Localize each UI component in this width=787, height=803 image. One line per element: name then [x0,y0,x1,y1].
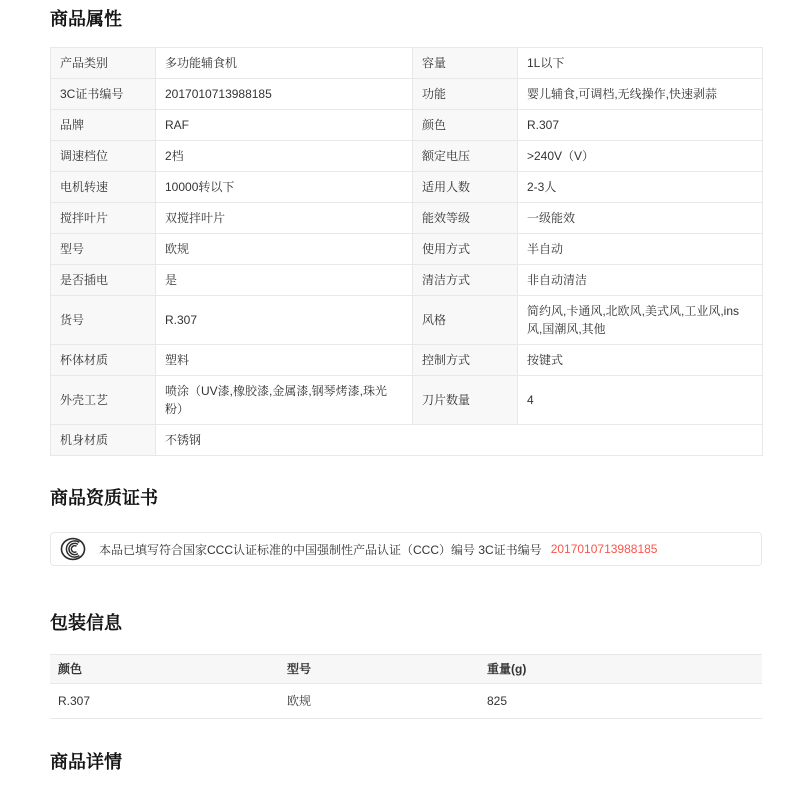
product-detail-page: 商品属性 产品类别多功能辅食机容量1L以下3C证书编号2017010713988… [0,0,762,773]
details-section-title: 商品详情 [50,751,762,773]
packaging-table: 颜色型号重量(g) R.307欧规825 [50,654,762,719]
attribute-value: 塑料 [156,345,413,376]
attribute-label: 搅拌叶片 [51,203,156,234]
certificate-box: 本品已填写符合国家CCC认证标准的中国强制性产品认证（CCC）编号 3C证书编号… [50,532,762,566]
attribute-label: 型号 [51,234,156,265]
attribute-row: 搅拌叶片双搅拌叶片能效等级一级能效 [51,203,763,234]
packaging-section-title: 包装信息 [50,612,762,634]
attribute-label: 容量 [413,48,518,79]
packaging-data-row: R.307欧规825 [50,684,762,719]
attribute-row: 是否插电是清洁方式非自动清洁 [51,265,763,296]
certificate-number-link[interactable]: 2017010713988185 [551,542,658,556]
attribute-row: 外壳工艺喷涂（UV漆,橡胶漆,金属漆,钢琴烤漆,珠光粉）刀片数量4 [51,376,763,425]
attribute-value: RAF [156,110,413,141]
attribute-row: 货号R.307风格简约风,卡通风,北欧风,美式风,工业风,ins风,国潮风,其他 [51,296,763,345]
packaging-header-row: 颜色型号重量(g) [50,655,762,684]
attribute-label: 电机转速 [51,172,156,203]
packaging-cell: R.307 [50,684,279,719]
packaging-column-header: 重量(g) [479,655,762,684]
attribute-value: 2017010713988185 [156,79,413,110]
attribute-label: 品牌 [51,110,156,141]
attribute-value: 2档 [156,141,413,172]
attribute-label: 额定电压 [413,141,518,172]
attribute-label: 适用人数 [413,172,518,203]
attribute-value: 简约风,卡通风,北欧风,美式风,工业风,ins风,国潮风,其他 [518,296,763,345]
attribute-label: 外壳工艺 [51,376,156,425]
attribute-value: 一级能效 [518,203,763,234]
attribute-value: 婴儿辅食,可调档,无线操作,快速剥蒜 [518,79,763,110]
attribute-label: 货号 [51,296,156,345]
attribute-row: 杯体材质塑料控制方式按键式 [51,345,763,376]
attribute-row: 电机转速10000转以下适用人数2-3人 [51,172,763,203]
packaging-cell: 825 [479,684,762,719]
attribute-value: 半自动 [518,234,763,265]
attribute-value: 多功能辅食机 [156,48,413,79]
attribute-label: 控制方式 [413,345,518,376]
certificate-statement-text: 本品已填写符合国家CCC认证标准的中国强制性产品认证（CCC）编号 3C证书编号 [99,541,542,558]
attribute-row: 型号欧规使用方式半自动 [51,234,763,265]
attribute-value: 10000转以下 [156,172,413,203]
attribute-label: 调速档位 [51,141,156,172]
attribute-value: 非自动清洁 [518,265,763,296]
attribute-label: 风格 [413,296,518,345]
attribute-label: 颜色 [413,110,518,141]
attribute-value: 喷涂（UV漆,橡胶漆,金属漆,钢琴烤漆,珠光粉） [156,376,413,425]
packaging-column-header: 颜色 [50,655,279,684]
attributes-section-title: 商品属性 [50,0,762,30]
ccc-certification-icon [60,536,86,562]
attribute-label: 杯体材质 [51,345,156,376]
packaging-column-header: 型号 [279,655,479,684]
attribute-label: 功能 [413,79,518,110]
attribute-value: 1L以下 [518,48,763,79]
attribute-label: 使用方式 [413,234,518,265]
attribute-label: 刀片数量 [413,376,518,425]
attribute-value: 不锈钢 [156,425,763,456]
attributes-table: 产品类别多功能辅食机容量1L以下3C证书编号2017010713988185功能… [50,47,763,456]
attribute-value: 欧规 [156,234,413,265]
attribute-value: R.307 [518,110,763,141]
attribute-label: 清洁方式 [413,265,518,296]
certificate-section-title: 商品资质证书 [50,487,762,509]
attribute-value: R.307 [156,296,413,345]
attribute-value: 双搅拌叶片 [156,203,413,234]
attribute-row: 机身材质不锈钢 [51,425,763,456]
attribute-label: 能效等级 [413,203,518,234]
attribute-value: 4 [518,376,763,425]
packaging-cell: 欧规 [279,684,479,719]
attribute-row: 3C证书编号2017010713988185功能婴儿辅食,可调档,无线操作,快速… [51,79,763,110]
attribute-value: 是 [156,265,413,296]
attribute-label: 3C证书编号 [51,79,156,110]
attribute-value: 按键式 [518,345,763,376]
attribute-label: 是否插电 [51,265,156,296]
attribute-row: 调速档位2档额定电压>240V（V） [51,141,763,172]
attribute-label: 产品类别 [51,48,156,79]
attribute-row: 品牌RAF颜色R.307 [51,110,763,141]
attribute-label: 机身材质 [51,425,156,456]
attribute-value: 2-3人 [518,172,763,203]
attribute-value: >240V（V） [518,141,763,172]
attribute-row: 产品类别多功能辅食机容量1L以下 [51,48,763,79]
